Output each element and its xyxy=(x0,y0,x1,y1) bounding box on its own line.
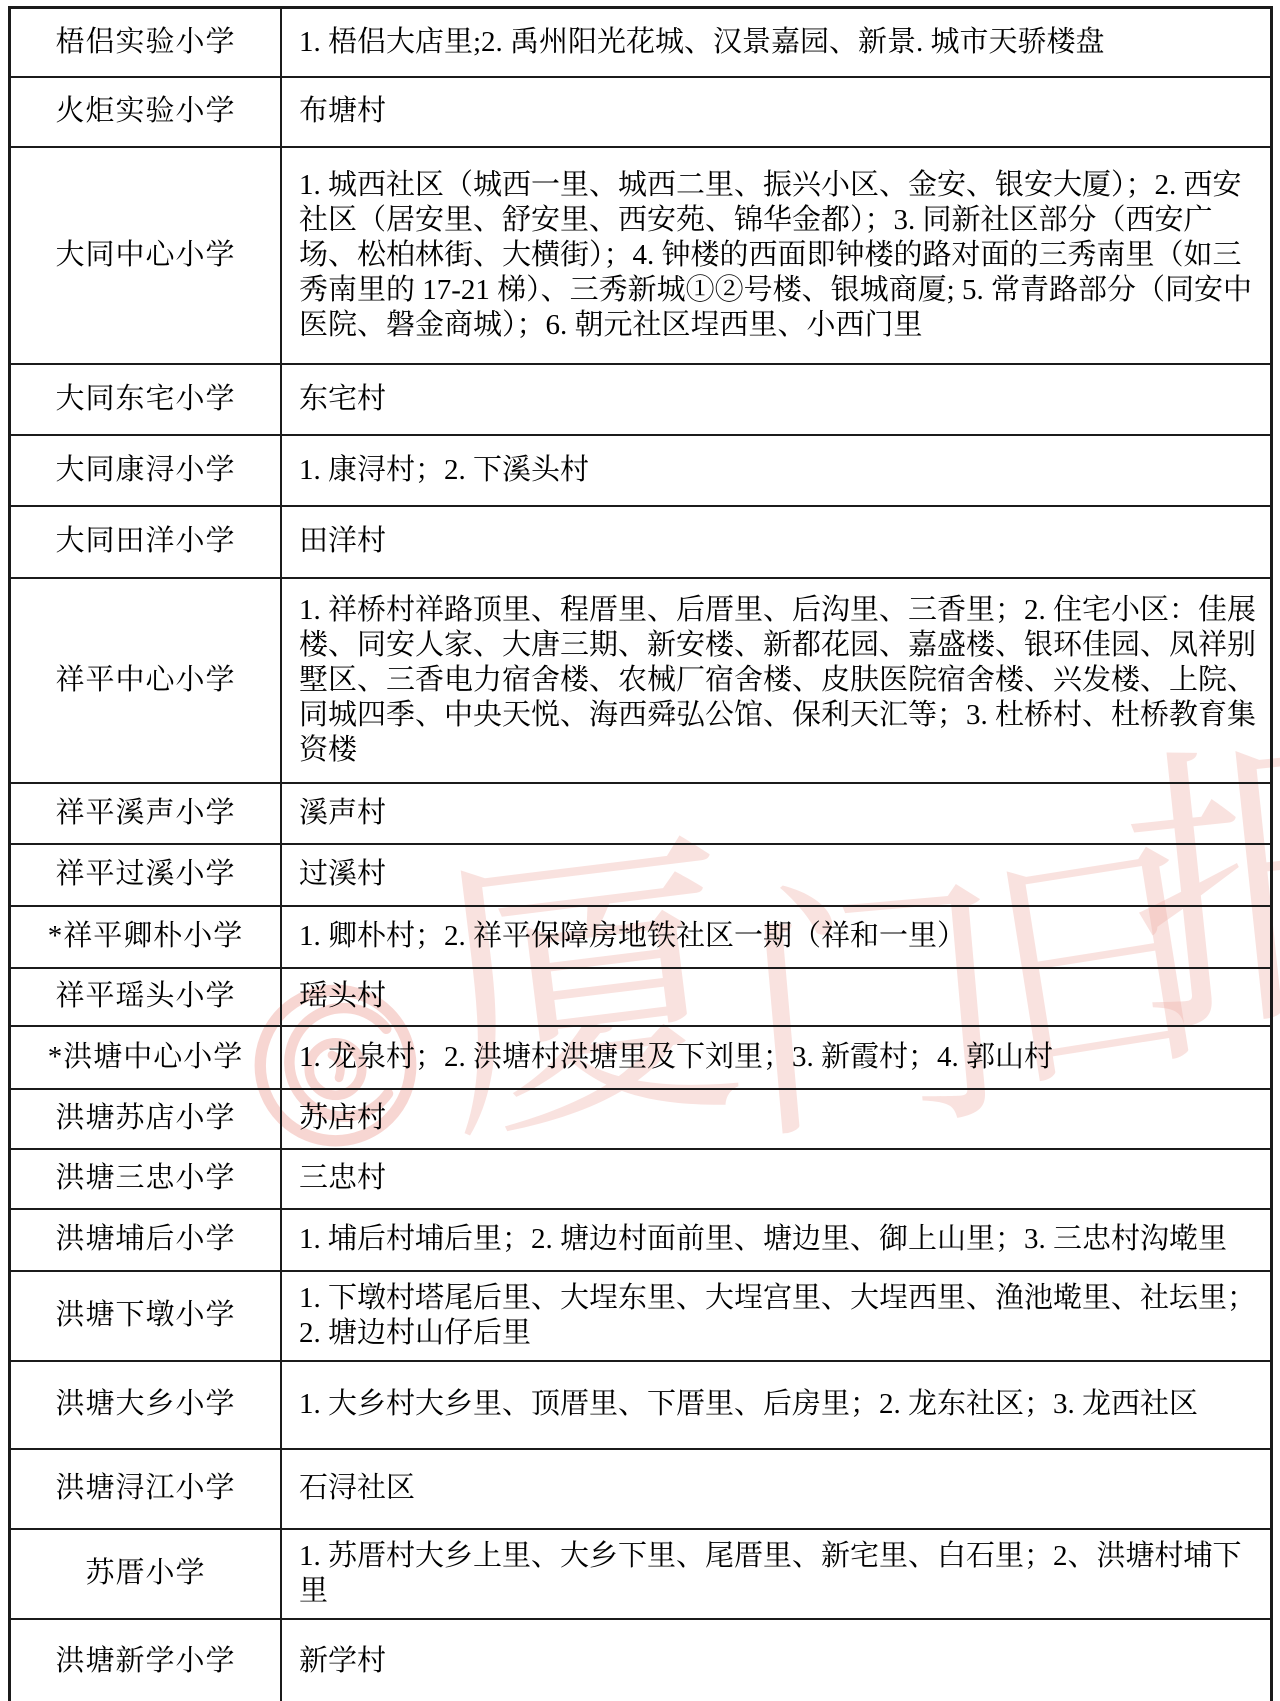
table-row: 大同田洋小学 田洋村 xyxy=(10,506,1272,578)
district-cell: 三忠村 xyxy=(281,1149,1272,1209)
school-name-cell: *洪塘中心小学 xyxy=(10,1026,282,1089)
table-row: 洪塘下墩小学 1. 下墩村塔尾后里、大埕东里、大埕宫里、大埕西里、渔池墘里、社坛… xyxy=(10,1271,1272,1361)
table-row: 洪塘新学小学 新学村 xyxy=(10,1619,1272,1701)
district-cell: 苏店村 xyxy=(281,1089,1272,1149)
school-name-cell: 洪塘大乡小学 xyxy=(10,1361,282,1449)
district-cell: 过溪村 xyxy=(281,844,1272,906)
table-row: 洪塘苏店小学 苏店村 xyxy=(10,1089,1272,1149)
table-row: 洪塘埔后小学 1. 埔后村埔后里；2. 塘边村面前里、塘边里、御上山里；3. 三… xyxy=(10,1209,1272,1271)
school-name-cell: 大同田洋小学 xyxy=(10,506,282,578)
school-name-cell: 大同中心小学 xyxy=(10,147,282,364)
table-row: 祥平过溪小学 过溪村 xyxy=(10,844,1272,906)
table-row: 洪塘大乡小学 1. 大乡村大乡里、顶厝里、下厝里、后房里；2. 龙东社区；3. … xyxy=(10,1361,1272,1449)
school-name-cell: *祥平卿朴小学 xyxy=(10,906,282,968)
district-cell: 1. 龙泉村；2. 洪塘村洪塘里及下刘里；3. 新霞村；4. 郭山村 xyxy=(281,1026,1272,1089)
district-cell: 布塘村 xyxy=(281,77,1272,147)
district-cell: 1. 埔后村埔后里；2. 塘边村面前里、塘边里、御上山里；3. 三忠村沟墘里 xyxy=(281,1209,1272,1271)
school-name-cell: 洪塘下墩小学 xyxy=(10,1271,282,1361)
school-name-cell: 祥平瑶头小学 xyxy=(10,968,282,1026)
school-name-cell: 火炬实验小学 xyxy=(10,77,282,147)
table-row: *祥平卿朴小学 1. 卿朴村；2. 祥平保障房地铁社区一期（祥和一里） xyxy=(10,906,1272,968)
district-cell: 1. 祥桥村祥路顶里、程厝里、后厝里、后沟里、三香里；2. 住宅小区：佳展楼、同… xyxy=(281,578,1272,783)
district-cell: 1. 卿朴村；2. 祥平保障房地铁社区一期（祥和一里） xyxy=(281,906,1272,968)
table-row: 祥平瑶头小学 瑶头村 xyxy=(10,968,1272,1026)
table-row: *洪塘中心小学 1. 龙泉村；2. 洪塘村洪塘里及下刘里；3. 新霞村；4. 郭… xyxy=(10,1026,1272,1089)
document-page: 厦 门 日 报 梧侣实验小学 1. 梧侣大店里;2. 禹州阳光花城、汉景嘉园、新… xyxy=(0,0,1280,1701)
school-name-cell: 祥平过溪小学 xyxy=(10,844,282,906)
district-cell: 溪声村 xyxy=(281,783,1272,844)
school-name-cell: 洪塘苏店小学 xyxy=(10,1089,282,1149)
school-name-cell: 苏厝小学 xyxy=(10,1529,282,1619)
table-row: 火炬实验小学 布塘村 xyxy=(10,77,1272,147)
table-row: 祥平溪声小学 溪声村 xyxy=(10,783,1272,844)
table-row: 大同康浔小学 1. 康浔村；2. 下溪头村 xyxy=(10,435,1272,506)
school-name-cell: 祥平中心小学 xyxy=(10,578,282,783)
school-district-table: 梧侣实验小学 1. 梧侣大店里;2. 禹州阳光花城、汉景嘉园、新景. 城市天骄楼… xyxy=(8,6,1273,1701)
table-row: 梧侣实验小学 1. 梧侣大店里;2. 禹州阳光花城、汉景嘉园、新景. 城市天骄楼… xyxy=(10,8,1272,77)
table-row: 祥平中心小学 1. 祥桥村祥路顶里、程厝里、后厝里、后沟里、三香里；2. 住宅小… xyxy=(10,578,1272,783)
table-row: 洪塘三忠小学 三忠村 xyxy=(10,1149,1272,1209)
district-cell: 1. 城西社区（城西一里、城西二里、振兴小区、金安、银安大厦）；2. 西安社区（… xyxy=(281,147,1272,364)
district-cell: 1. 苏厝村大乡上里、大乡下里、尾厝里、新宅里、白石里；2、洪塘村埔下里 xyxy=(281,1529,1272,1619)
district-cell: 1. 下墩村塔尾后里、大埕东里、大埕宫里、大埕西里、渔池墘里、社坛里；2. 塘边… xyxy=(281,1271,1272,1361)
school-name-cell: 洪塘新学小学 xyxy=(10,1619,282,1701)
table-row: 大同中心小学 1. 城西社区（城西一里、城西二里、振兴小区、金安、银安大厦）；2… xyxy=(10,147,1272,364)
school-name-cell: 洪塘三忠小学 xyxy=(10,1149,282,1209)
table-row: 洪塘浔江小学 石浔社区 xyxy=(10,1449,1272,1529)
district-cell: 1. 梧侣大店里;2. 禹州阳光花城、汉景嘉园、新景. 城市天骄楼盘 xyxy=(281,8,1272,77)
district-cell: 东宅村 xyxy=(281,364,1272,435)
school-name-cell: 祥平溪声小学 xyxy=(10,783,282,844)
school-name-cell: 大同东宅小学 xyxy=(10,364,282,435)
table-row: 大同东宅小学 东宅村 xyxy=(10,364,1272,435)
school-name-cell: 梧侣实验小学 xyxy=(10,8,282,77)
table-row: 苏厝小学 1. 苏厝村大乡上里、大乡下里、尾厝里、新宅里、白石里；2、洪塘村埔下… xyxy=(10,1529,1272,1619)
school-name-cell: 洪塘埔后小学 xyxy=(10,1209,282,1271)
district-cell: 新学村 xyxy=(281,1619,1272,1701)
school-name-cell: 洪塘浔江小学 xyxy=(10,1449,282,1529)
school-table-body: 梧侣实验小学 1. 梧侣大店里;2. 禹州阳光花城、汉景嘉园、新景. 城市天骄楼… xyxy=(10,8,1272,1701)
district-cell: 石浔社区 xyxy=(281,1449,1272,1529)
district-cell: 瑶头村 xyxy=(281,968,1272,1026)
school-name-cell: 大同康浔小学 xyxy=(10,435,282,506)
district-cell: 1. 大乡村大乡里、顶厝里、下厝里、后房里；2. 龙东社区；3. 龙西社区 xyxy=(281,1361,1272,1449)
district-cell: 1. 康浔村；2. 下溪头村 xyxy=(281,435,1272,506)
district-cell: 田洋村 xyxy=(281,506,1272,578)
